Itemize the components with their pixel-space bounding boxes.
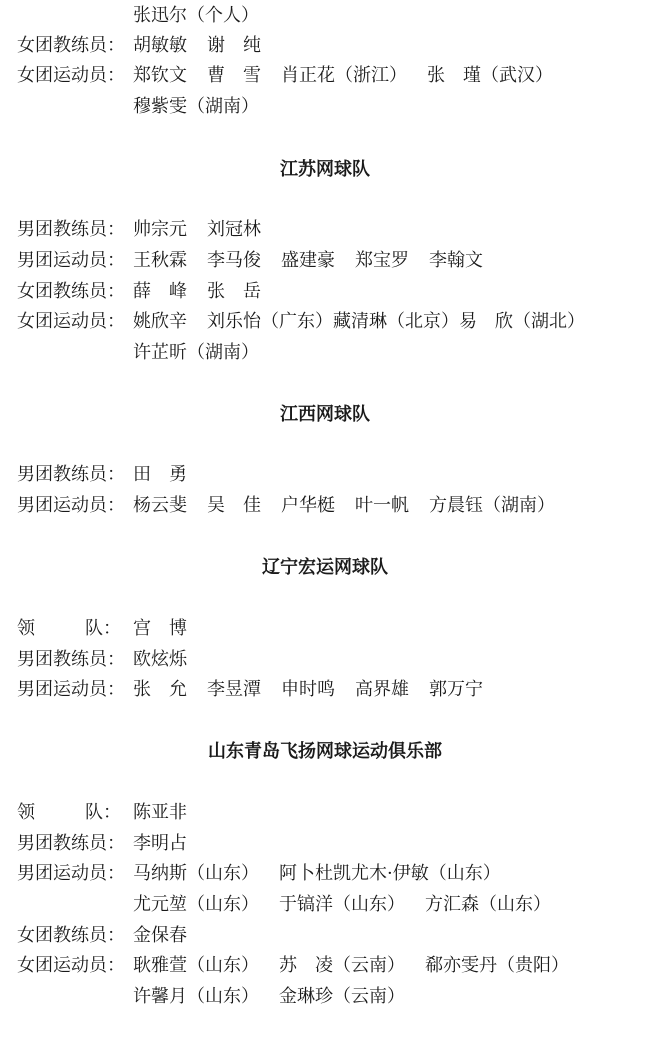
member-name: 郑宝罗 <box>355 246 409 276</box>
member-name: 耿雅萱（山东） <box>133 951 259 981</box>
member-name: 叶一帆 <box>355 491 409 521</box>
member-name: 张 瑾（武汉） <box>427 61 553 91</box>
role-label: 男团教练员： <box>17 829 133 859</box>
roster-row: 男团教练员： 帅宗元 刘冠林 <box>17 215 281 245</box>
member-name: 尤元堃（山东） <box>133 890 259 920</box>
member-name: 穆紫雯（湖南） <box>133 92 259 122</box>
roster-row: 女团运动员： 郑钦文 曹 雪 肖正花（浙江） 张 瑾（武汉） <box>17 61 573 91</box>
member-name: 户华梃 <box>281 491 335 521</box>
role-label: 男团运动员： <box>17 246 133 276</box>
role-label: 男团教练员： <box>17 645 133 675</box>
member-name: 方汇森（山东） <box>425 890 551 920</box>
roster-row: 女团教练员： 金保春 <box>17 921 207 951</box>
member-name: 金保春 <box>133 921 187 951</box>
member-name: 李昱潭 <box>207 675 261 705</box>
role-label <box>17 890 133 920</box>
member-name: 郗亦雯丹（贵阳） <box>425 951 569 981</box>
member-name: 谢 纯 <box>207 31 261 61</box>
roster-row: 许馨月（山东） 金琳珍（云南） <box>17 982 425 1012</box>
member-name: 许芷昕（湖南） <box>133 338 259 368</box>
member-name: 王秋霖 <box>133 246 187 276</box>
member-name: 苏 凌（云南） <box>279 951 405 981</box>
member-name: 刘冠林 <box>207 215 261 245</box>
role-label: 领 队： <box>17 614 121 644</box>
member-name: 郑钦文 <box>133 61 187 91</box>
member-name: 姚欣辛 <box>133 307 187 337</box>
member-name: 金琳珍（云南） <box>279 982 405 1012</box>
roster-row: 女团教练员： 薛 峰 张 岳 <box>17 277 281 307</box>
member-name: 张迅尔（个人） <box>133 1 259 31</box>
roster-row: 男团运动员： 张 允 李昱潭 申时鸣 高界雄 郭万宁 <box>17 675 503 705</box>
role-label <box>17 338 133 368</box>
member-name: 郭万宁 <box>429 675 483 705</box>
role-label: 女团教练员： <box>17 31 133 61</box>
member-name: 盛建豪 <box>281 246 335 276</box>
member-name: 张 允 <box>133 675 187 705</box>
member-name: 许馨月（山东） <box>133 982 259 1012</box>
role-label: 领 队： <box>17 798 121 828</box>
roster-row: 男团运动员： 王秋霖 李马俊 盛建豪 郑宝罗 李翰文 <box>17 246 503 276</box>
roster-row: 领 队： 宫 博 <box>17 614 207 644</box>
member-name: 方晨钰（湖南） <box>429 491 555 521</box>
team-title: 江西网球队 <box>0 400 650 430</box>
member-name: 于镐洋（山东） <box>279 890 405 920</box>
team-title: 辽宁宏运网球队 <box>0 553 650 583</box>
roster-row: 男团教练员： 李明占 <box>17 829 207 859</box>
member-name: 胡敏敏 <box>133 31 187 61</box>
role-label <box>17 92 133 122</box>
member-name: 刘乐怡（广东）藏清琳（北京）易 欣（湖北） <box>207 307 585 337</box>
member-name: 宫 博 <box>133 614 187 644</box>
role-label: 女团运动员： <box>17 61 133 91</box>
role-label: 女团教练员： <box>17 921 133 951</box>
role-label <box>17 982 133 1012</box>
member-name: 杨云斐 <box>133 491 187 521</box>
roster-row: 许芷昕（湖南） <box>17 338 279 368</box>
roster-row: 男团运动员： 杨云斐 吴 佳 户华梃 叶一帆 方晨钰（湖南） <box>17 491 575 521</box>
member-name: 薛 峰 <box>133 277 187 307</box>
member-name: 田 勇 <box>133 460 187 490</box>
role-label: 男团教练员： <box>17 460 133 490</box>
member-name: 欧炫烁 <box>133 645 187 675</box>
role-label: 女团教练员： <box>17 277 133 307</box>
team-title: 江苏网球队 <box>0 155 650 185</box>
member-name: 马纳斯（山东） <box>133 859 259 889</box>
roster-row: 男团运动员： 马纳斯（山东） 阿卜杜凯尤木·伊敏（山东） <box>17 859 521 889</box>
member-name: 高界雄 <box>355 675 409 705</box>
member-name: 李明占 <box>133 829 187 859</box>
role-label: 女团运动员： <box>17 307 133 337</box>
roster-row: 尤元堃（山东） 于镐洋（山东） 方汇森（山东） <box>17 890 571 920</box>
member-name: 吴 佳 <box>207 491 261 521</box>
roster-row: 女团教练员： 胡敏敏 谢 纯 <box>17 31 281 61</box>
member-name: 肖正花（浙江） <box>281 61 407 91</box>
role-label: 男团运动员： <box>17 491 133 521</box>
role-label <box>17 1 133 31</box>
roster-row: 张迅尔（个人） <box>17 1 279 31</box>
member-name: 陈亚非 <box>133 798 187 828</box>
team-title: 山东青岛飞扬网球运动俱乐部 <box>0 737 650 767</box>
member-name: 阿卜杜凯尤木·伊敏（山东） <box>279 859 501 889</box>
role-label: 女团运动员： <box>17 951 133 981</box>
roster-row: 男团教练员： 欧炫烁 <box>17 645 207 675</box>
member-name: 申时鸣 <box>281 675 335 705</box>
roster-row: 男团教练员： 田 勇 <box>17 460 207 490</box>
member-name: 曹 雪 <box>207 61 261 91</box>
member-name: 张 岳 <box>207 277 261 307</box>
role-label: 男团教练员： <box>17 215 133 245</box>
roster-row: 穆紫雯（湖南） <box>17 92 279 122</box>
member-name: 帅宗元 <box>133 215 187 245</box>
role-label: 男团运动员： <box>17 675 133 705</box>
member-name: 李马俊 <box>207 246 261 276</box>
roster-row: 女团运动员： 姚欣辛 刘乐怡（广东）藏清琳（北京）易 欣（湖北） <box>17 307 585 337</box>
roster-row: 领 队： 陈亚非 <box>17 798 207 828</box>
member-name: 李翰文 <box>429 246 483 276</box>
roster-row: 女团运动员： 耿雅萱（山东） 苏 凌（云南） 郗亦雯丹（贵阳） <box>17 951 589 981</box>
role-label: 男团运动员： <box>17 859 133 889</box>
